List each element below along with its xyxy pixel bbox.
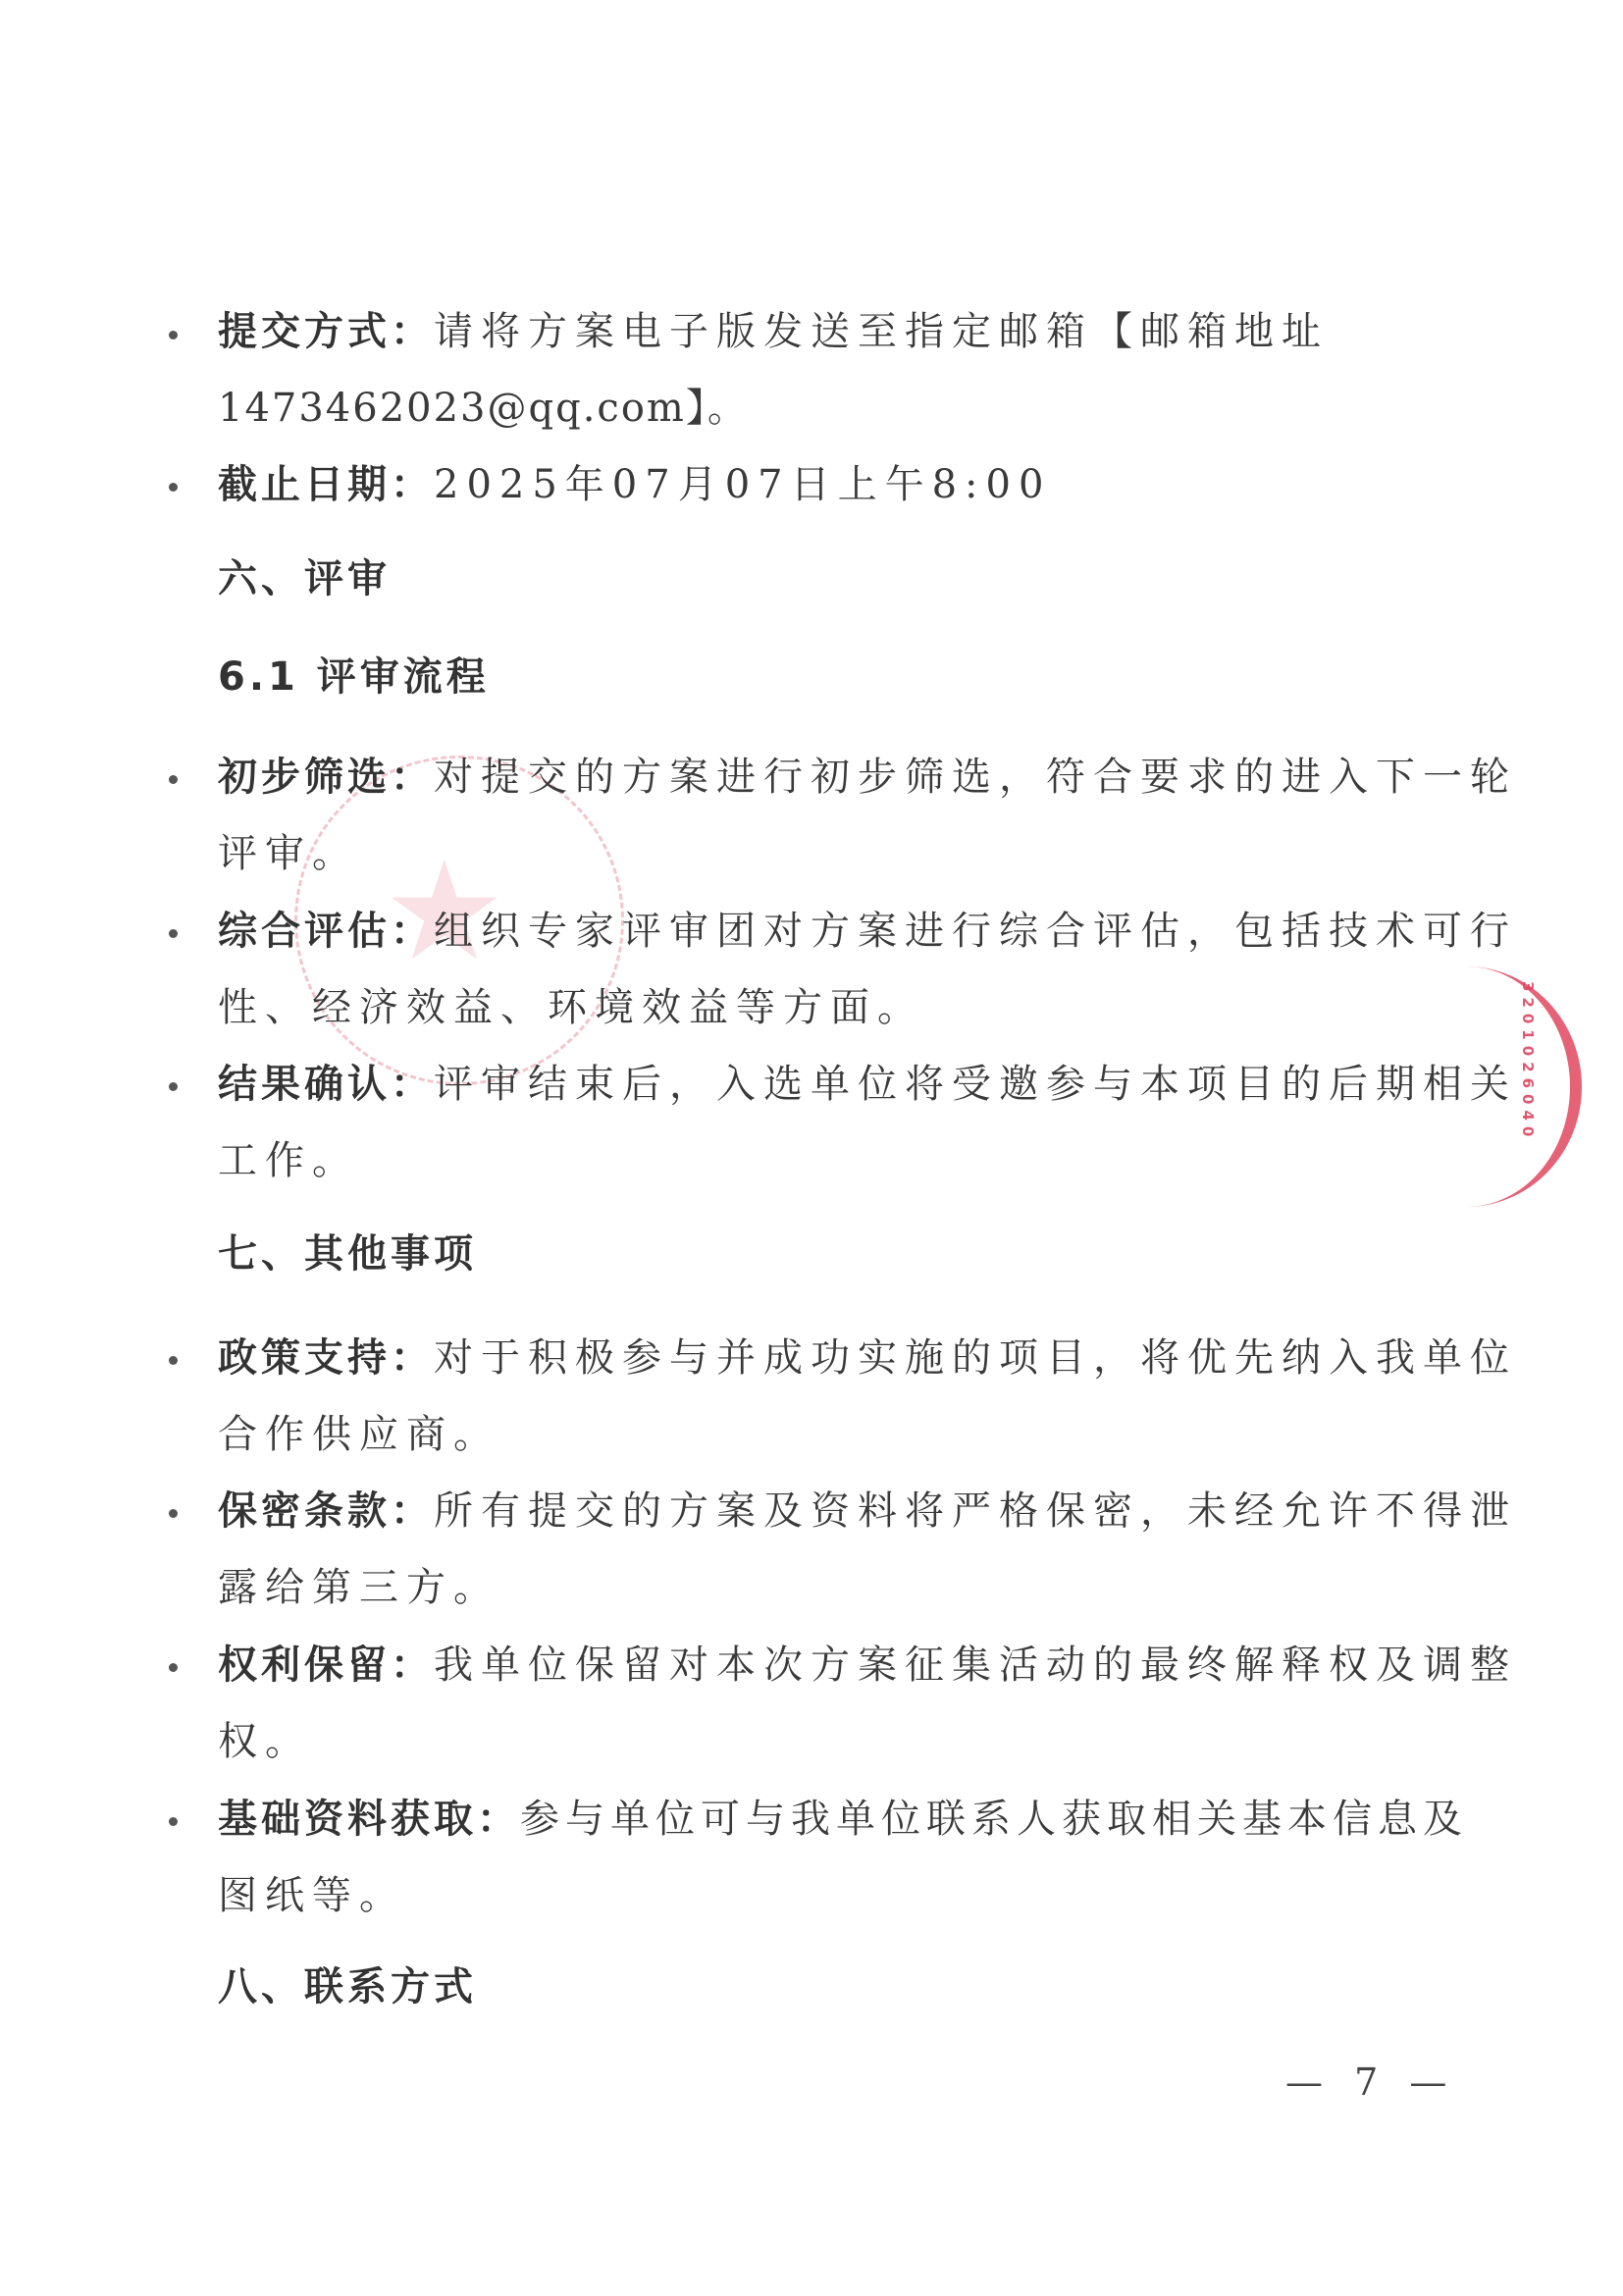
list-item: 结果确认：评审结束后，入选单位将受邀参与本项目的后期相关: [218, 1065, 1517, 1104]
bullet-icon: [169, 1817, 178, 1826]
deadline-line: 截止日期：2025年07月07日上午8:00: [218, 465, 1051, 504]
list-item-continuation: 露给第三方。: [218, 1568, 500, 1607]
section-8-title: 八、联系方式: [218, 1967, 477, 2007]
bullet-icon: [169, 1509, 178, 1518]
list-item: 综合评估：组织专家评审团对方案进行综合评估，包括技术可行: [218, 912, 1517, 951]
item-label: 权利保留：: [218, 1643, 434, 1688]
seal-code: 3201026040: [1519, 981, 1537, 1142]
submission-line-1: 提交方式：请将方案电子版发送至指定邮箱【邮箱地址: [218, 312, 1329, 351]
item-label: 政策支持：: [218, 1335, 434, 1381]
item-text: 所有提交的方案及资料将严格保密，未经允许不得泄: [434, 1488, 1517, 1534]
bullet-icon: [169, 1663, 178, 1672]
list-item-continuation: 权。: [218, 1722, 312, 1761]
section-7-title: 七、其他事项: [218, 1234, 477, 1274]
list-item-continuation: 图纸等。: [218, 1876, 406, 1915]
bullet-icon: [169, 1082, 178, 1091]
section-6-1-subtitle: 6.1 评审流程: [218, 657, 490, 697]
item-label: 结果确认：: [218, 1062, 434, 1107]
deadline-label: 截止日期：: [218, 462, 434, 507]
deadline-text: 2025年07月07日上午8:00: [434, 462, 1051, 507]
document-page: ★ 3201026040 提交方式：请将方案电子版发送至指定邮箱【邮箱地址 14…: [0, 0, 1623, 2296]
list-item-continuation: 评审。: [218, 834, 359, 873]
bullet-icon: [169, 331, 178, 339]
item-text: 我单位保留对本次方案征集活动的最终解释权及调整: [434, 1643, 1517, 1688]
item-label: 基础资料获取：: [218, 1797, 520, 1842]
bullet-icon: [169, 483, 178, 492]
list-item-continuation: 工作。: [218, 1141, 359, 1180]
page-number: — 7 —: [1285, 2061, 1456, 2104]
list-item: 保密条款：所有提交的方案及资料将严格保密，未经允许不得泄: [218, 1491, 1517, 1531]
item-text: 对于积极参与并成功实施的项目，将优先纳入我单位: [434, 1335, 1517, 1381]
list-item-continuation: 合作供应商。: [218, 1415, 500, 1454]
submission-label: 提交方式：: [218, 309, 434, 354]
item-text: 参与单位可与我单位联系人获取相关基本信息及: [520, 1797, 1468, 1842]
item-label: 保密条款：: [218, 1488, 434, 1534]
list-item-continuation: 性、经济效益、环境效益等方面。: [218, 988, 924, 1027]
submission-text: 请将方案电子版发送至指定邮箱【邮箱地址: [434, 309, 1329, 354]
list-item: 基础资料获取：参与单位可与我单位联系人获取相关基本信息及: [218, 1800, 1468, 1839]
list-item: 政策支持：对于积极参与并成功实施的项目，将优先纳入我单位: [218, 1338, 1517, 1378]
bullet-icon: [169, 1356, 178, 1365]
list-item: 初步筛选：对提交的方案进行初步筛选，符合要求的进入下一轮: [218, 757, 1517, 797]
bullet-icon: [169, 929, 178, 938]
item-label: 综合评估：: [218, 909, 434, 954]
item-text: 对提交的方案进行初步筛选，符合要求的进入下一轮: [434, 755, 1517, 800]
bullet-icon: [169, 775, 178, 784]
item-text: 组织专家评审团对方案进行综合评估，包括技术可行: [434, 909, 1517, 954]
item-text: 评审结束后，入选单位将受邀参与本项目的后期相关: [434, 1062, 1517, 1107]
list-item: 权利保留：我单位保留对本次方案征集活动的最终解释权及调整: [218, 1645, 1517, 1685]
item-label: 初步筛选：: [218, 755, 434, 800]
section-6-title: 六、评审: [218, 559, 391, 599]
submission-email: 1473462023@qq.com】。: [218, 389, 749, 428]
